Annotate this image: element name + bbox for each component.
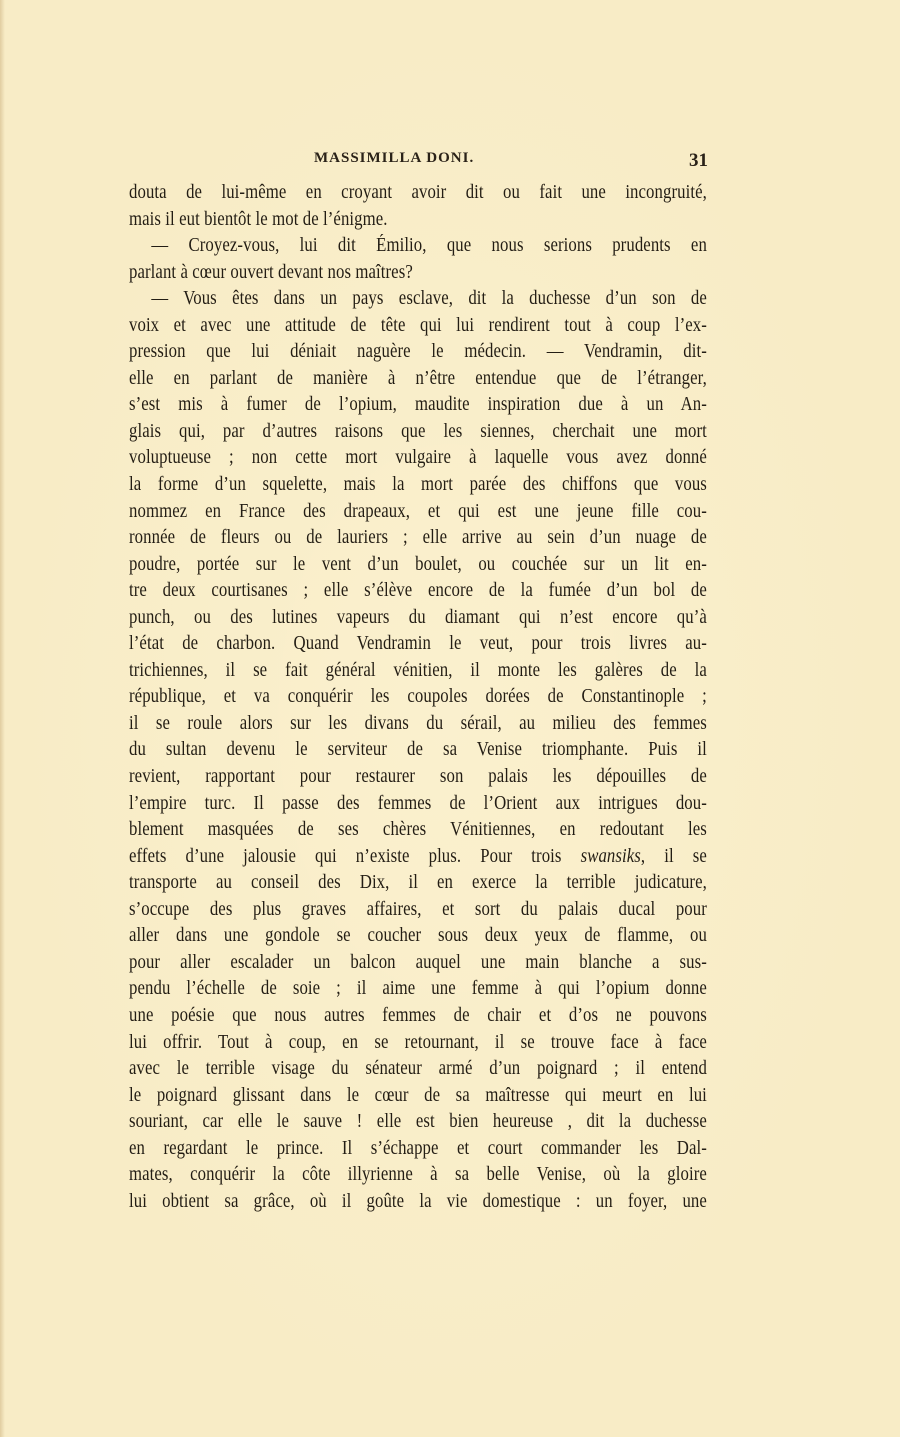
text-line: s’est mis à fumer de l’opium, maudite in… <box>129 392 707 419</box>
text-line: voix et avec une attitude de tête qui lu… <box>129 313 707 340</box>
page-number: 31 <box>689 150 708 172</box>
text-line: pendu l’échelle de soie ; il aime une fe… <box>129 976 707 1003</box>
text-segment: effets d’une jalousie qui n’existe plus.… <box>129 846 581 867</box>
text-line: mais il eut bientôt le mot de l’énigme. <box>129 207 707 234</box>
text-line: glais qui, par d’autres raisons que les … <box>129 419 707 446</box>
text-line: le poignard glissant dans le cœur de sa … <box>129 1083 707 1110</box>
text-line: lui offrir. Tout à coup, en se retournan… <box>129 1030 707 1057</box>
text-line: pression que lui déniait naguère le méde… <box>129 339 707 366</box>
text-line: poudre, portée sur le vent d’un boulet, … <box>129 552 707 579</box>
text-line: pour aller escalader un balcon auquel un… <box>129 950 707 977</box>
text-line: parlant à cœur ouvert devant nos maîtres… <box>129 260 707 287</box>
text-line: la forme d’un squelette, mais la mort pa… <box>129 472 707 499</box>
running-title: MASSIMILLA DONI. <box>314 150 474 167</box>
text-line: avec le terrible visage du sénateur armé… <box>129 1056 707 1083</box>
text-line: voluptueuse ; non cette mort vulgaire à … <box>129 445 707 472</box>
text-line: il se roule alors sur les divans du séra… <box>129 711 707 738</box>
text-line: nommez en France des drapeaux, et qui es… <box>129 499 707 526</box>
text-line: l’empire turc. Il passe des femmes de l’… <box>129 791 707 818</box>
text-line: l’état de charbon. Quand Vendramin le ve… <box>129 631 707 658</box>
italic-term: swansiks <box>581 846 641 867</box>
text-line: transporte au conseil des Dix, il en exe… <box>129 870 707 897</box>
text-line: douta de lui-même en croyant avoir dit o… <box>129 180 707 207</box>
text-line: en regardant le prince. Il s’échappe et … <box>129 1136 707 1163</box>
text-line: mates, conquérir la côte illyrienne à sa… <box>129 1162 707 1189</box>
text-line: elle en parlant de manière à n’être ente… <box>129 366 707 393</box>
text-line: une poésie que nous autres femmes de cha… <box>129 1003 707 1030</box>
text-line: souriant, car elle le sauve ! elle est b… <box>129 1109 707 1136</box>
text-line: république, et va conquérir les coupoles… <box>129 684 707 711</box>
text-line: du sultan devenu le serviteur de sa Veni… <box>129 737 707 764</box>
text-line: revient, rapportant pour restaurer son p… <box>129 764 707 791</box>
text-line: — Vous êtes dans un pays esclave, dit la… <box>129 286 707 313</box>
page-edge-shadow <box>0 0 5 1437</box>
text-line: s’occupe des plus graves affaires, et so… <box>129 897 707 924</box>
text-line: ronnée de fleurs ou de lauriers ; elle a… <box>129 525 707 552</box>
text-line: tre deux courtisanes ; elle s’élève enco… <box>129 578 707 605</box>
text-line: punch, ou des lutines vapeurs du diamant… <box>129 605 707 632</box>
body-text: douta de lui-même en croyant avoir dit o… <box>129 180 707 1215</box>
text-line: effets d’une jalousie qui n’existe plus.… <box>129 844 707 871</box>
text-line: trichiennes, il se fait général vénitien… <box>129 658 707 685</box>
text-line: aller dans une gondole se coucher sous d… <box>129 923 707 950</box>
text-line: blement masquées de ses chères Vénitienn… <box>129 817 707 844</box>
running-head: MASSIMILLA DONI. 31 <box>128 150 708 176</box>
text-line: lui obtient sa grâce, où il goûte la vie… <box>129 1189 707 1216</box>
text-segment: , il se <box>641 846 707 867</box>
book-page: MASSIMILLA DONI. 31 douta de lui-même en… <box>0 0 900 1437</box>
text-line: — Croyez-vous, lui dit Émilio, que nous … <box>129 233 707 260</box>
